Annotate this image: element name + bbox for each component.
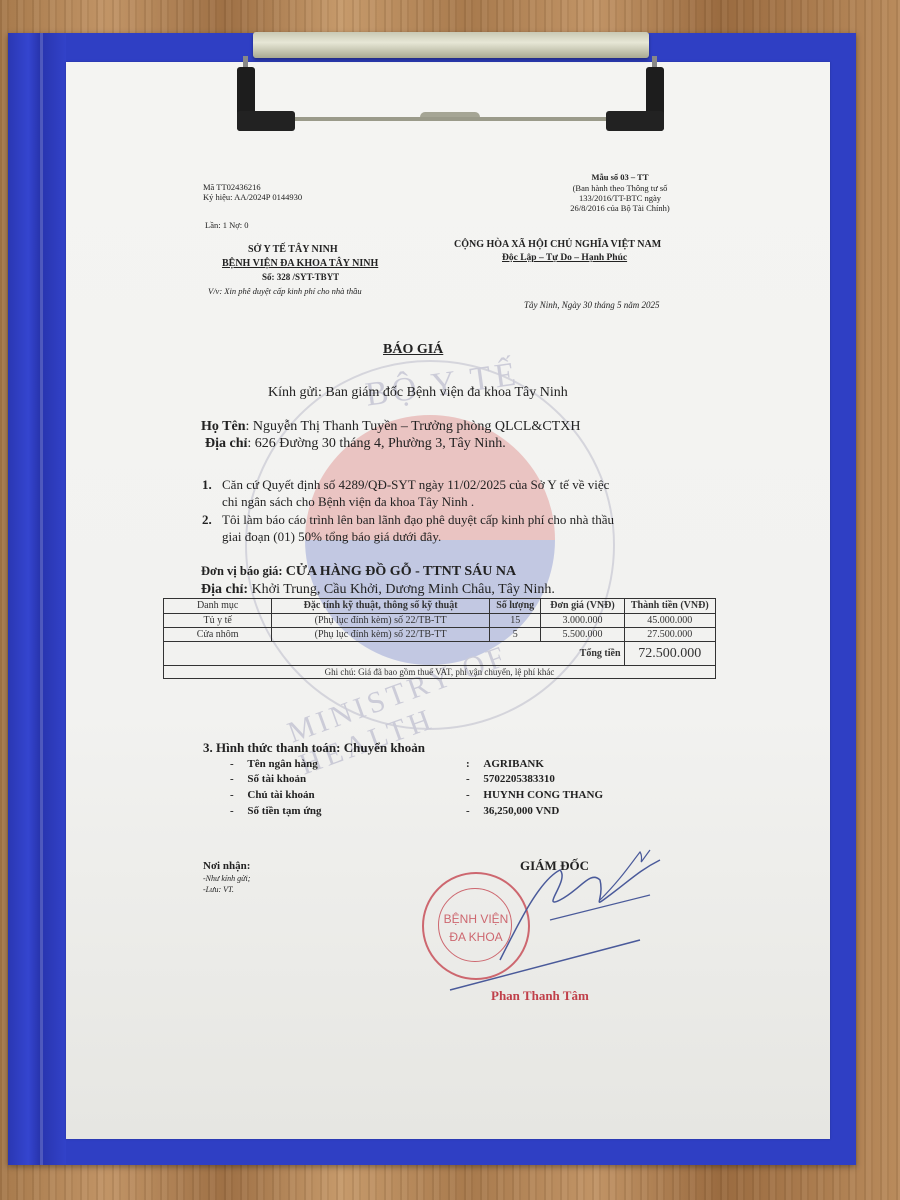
header-category: Danh mục (164, 599, 272, 614)
document-title: BÁO GIÁ (383, 342, 443, 358)
total-label: Tổng tiền (164, 642, 625, 666)
header-amount: Thành tiền (VNĐ) (624, 599, 715, 614)
requester-address-label: Địa chỉ (205, 436, 247, 451)
subject-line: V/v: Xin phê duyệt cấp kinh phí cho nhà … (208, 286, 362, 296)
account-value: - 5702205383310 (466, 773, 555, 785)
stamp-line-2: ĐA KHOA (424, 930, 528, 944)
payment-row-holder: - Chủ tài khoản (230, 789, 315, 801)
form-note-3: 26/8/2016 của Bộ Tài Chính) (540, 203, 700, 213)
cell-category: Cửa nhôm (164, 628, 272, 642)
document-date: Tây Ninh, Ngày 30 tháng 5 năm 2025 (524, 300, 660, 310)
vendor-address-line: Địa chỉ: Khởi Trung, Cầu Khởi, Dương Min… (201, 582, 555, 598)
table-row: Cửa nhôm (Phụ lục đính kèm) số 22/TB-TT … (164, 628, 716, 642)
document-code: Mã TT02436216 (203, 182, 261, 192)
item-2-line-1: Tôi làm báo cáo trình lên ban lãnh đạo p… (222, 512, 614, 528)
vendor-address-value: Khởi Trung, Cầu Khởi, Dương Minh Châu, T… (248, 582, 555, 597)
requester-name-label: Họ Tên (201, 419, 245, 434)
hospital-name: BỆNH VIỆN ĐA KHOA TÂY NINH (222, 258, 378, 269)
dispatch-number: Số: 328 /SYT-TBYT (262, 272, 339, 282)
cell-unit-price: 5.500.000 (541, 628, 624, 642)
bank-value: : AGRIBANK (466, 758, 544, 770)
cell-category: Tủ y tế (164, 614, 272, 628)
payment-row-bank: - Tên ngân hàng (230, 758, 318, 770)
director-name: Phan Thanh Tâm (491, 988, 589, 1004)
requester-address-value: : 626 Đường 30 tháng 4, Phường 3, Tây Ni… (247, 436, 505, 451)
account-label: Số tài khoản (247, 773, 306, 785)
director-title: GIÁM ĐỐC (520, 858, 589, 874)
item-2-number: 2. (202, 512, 212, 528)
print-count: Lần: 1 Nợ: 0 (205, 220, 248, 230)
document-symbol: Ký hiệu: AA/2024P 0144930 (203, 192, 302, 202)
table-note: Ghi chú: Giá đã bao gồm thuế VAT, phí vậ… (164, 666, 716, 679)
item-2-line-2: giai đoạn (01) 50% tổng báo giá dưới đây… (222, 529, 441, 545)
cell-quantity: 5 (489, 628, 541, 642)
table-header-row: Danh mục Đặc tính kỹ thuật, thông số kỹ … (164, 599, 716, 614)
header-quantity: Số lượng (489, 599, 541, 614)
item-1-line-1: Căn cứ Quyết định số 4289/QĐ-SYT ngày 11… (222, 477, 609, 493)
advance-value: - 36,250,000 VND (466, 805, 559, 817)
cell-quantity: 15 (489, 614, 541, 628)
official-stamp: BỆNH VIỆN ĐA KHOA (422, 872, 530, 980)
recipients-label: Nơi nhận: (203, 860, 250, 872)
agency-name: SỞ Y TẾ TÂY NINH (248, 244, 338, 255)
stamp-line-1: BỆNH VIỆN (424, 912, 528, 926)
quote-table: Danh mục Đặc tính kỹ thuật, thông số kỹ … (163, 598, 716, 679)
bank-label: Tên ngân hàng (247, 758, 317, 770)
vendor-unit-value: CỬA HÀNG ĐỒ GỖ - TTNT SÁU NA (286, 564, 516, 579)
form-number: Mẫu số 03 – TT (540, 172, 700, 182)
holder-label: Chủ tài khoản (247, 789, 314, 801)
header-specification: Đặc tính kỹ thuật, thông số kỹ thuật (272, 599, 490, 614)
cell-amount: 27.500.000 (624, 628, 715, 642)
requester-name-line: Họ Tên: Nguyễn Thị Thanh Tuyền – Trưởng … (201, 419, 580, 435)
payment-row-account: - Số tài khoản (230, 773, 306, 785)
requester-name-value: : Nguyễn Thị Thanh Tuyền – Trưởng phòng … (245, 419, 580, 434)
document-content: Mã TT02436216 Ký hiệu: AA/2024P 0144930 … (0, 0, 900, 1200)
national-motto: Độc Lập – Tự Do – Hạnh Phúc (502, 253, 627, 263)
requester-address-line: Địa chỉ: 626 Đường 30 tháng 4, Phường 3,… (205, 436, 506, 452)
advance-label: Số tiền tạm ứng (247, 805, 321, 817)
item-1-line-2: chi ngân sách cho Bệnh viện đa khoa Tây … (222, 494, 474, 510)
form-note-2: 133/2016/TT-BTC ngày (540, 193, 700, 203)
cell-specification: (Phụ lục đính kèm) số 22/TB-TT (272, 628, 490, 642)
holder-value: - HUYNH CONG THANG (466, 789, 603, 801)
national-title: CỘNG HÒA XÃ HỘI CHỦ NGHĨA VIỆT NAM (454, 239, 661, 250)
vendor-unit-line: Đơn vị báo giá: CỬA HÀNG ĐỒ GỖ - TTNT SÁ… (201, 564, 516, 580)
vendor-unit-label: Đơn vị báo giá: (201, 564, 286, 578)
cell-specification: (Phụ lục đính kèm) số 22/TB-TT (272, 614, 490, 628)
recipients-line-1: -Như kính gửi; (203, 874, 250, 883)
cell-amount: 45.000.000 (624, 614, 715, 628)
payment-heading: 3. Hình thức thanh toán: Chuyển khoản (203, 740, 425, 756)
cell-unit-price: 3.000.000 (541, 614, 624, 628)
payment-row-advance: - Số tiền tạm ứng (230, 805, 322, 817)
vendor-address-label: Địa chỉ: (201, 582, 248, 597)
table-note-row: Ghi chú: Giá đã bao gồm thuế VAT, phí vậ… (164, 666, 716, 679)
header-unit-price: Đơn giá (VNĐ) (541, 599, 624, 614)
table-row: Tủ y tế (Phụ lục đính kèm) số 22/TB-TT 1… (164, 614, 716, 628)
recipients-line-2: -Lưu: VT. (203, 885, 234, 894)
item-1-number: 1. (202, 477, 212, 493)
recipient-line: Kính gửi: Ban giám đốc Bệnh viện đa khoa… (268, 385, 568, 401)
table-total-row: Tổng tiền 72.500.000 (164, 642, 716, 666)
total-value: 72.500.000 (624, 642, 715, 666)
form-note-1: (Ban hành theo Thông tư số (540, 183, 700, 193)
